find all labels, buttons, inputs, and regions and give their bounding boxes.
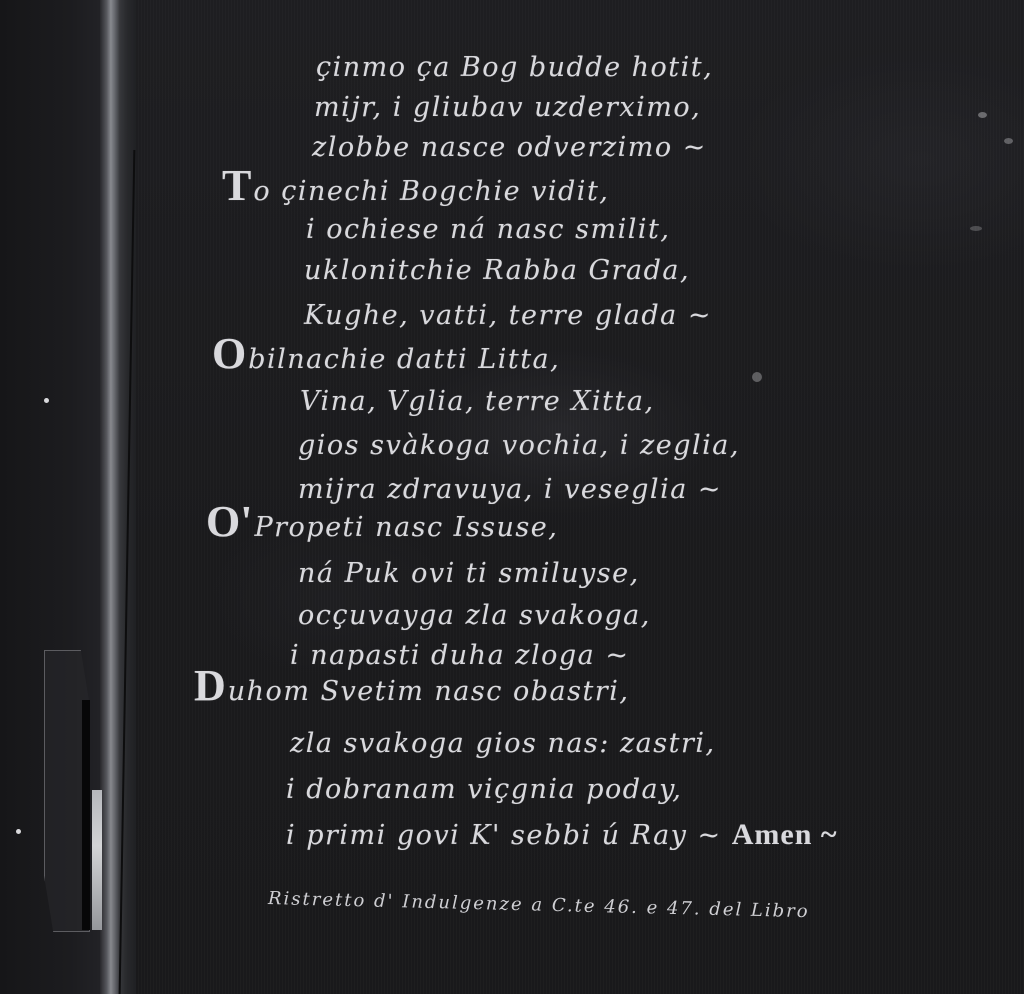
poem-line-stanza-start: To çinechi Bogchie vidit, xyxy=(222,160,609,211)
poem-line: Vina, Vglia, terre Xitta, xyxy=(300,386,655,417)
poem-line: ocçuvayga zla svakoga, xyxy=(298,600,651,631)
poem-line: mijr, i gliubav uzderximo, xyxy=(314,92,701,123)
poem-line-stanza-start: Obilnachie datti Litta, xyxy=(212,328,560,379)
poem-line: ná Puk ovi ti smiluyse, xyxy=(298,558,640,589)
poem-line: gios svàkoga vochia, i zeglia, xyxy=(298,430,740,461)
drop-initial: D xyxy=(194,661,226,710)
drop-initial: T xyxy=(222,161,251,210)
footnote-annotation: Ristretto d' Indulgenze a C.te 46. e 47.… xyxy=(268,888,810,922)
poem-line: i ochiese ná nasc smilit, xyxy=(306,214,670,245)
poem-line: i primi govi K' sebbi ú Ray ~ Amen ~ xyxy=(286,818,838,852)
poem-line-stanza-start: Duhom Svetim nasc obastri, xyxy=(194,660,629,711)
poem-line: zla svakoga gios nas: zastri, xyxy=(290,728,716,759)
closing-amen: Amen ~ xyxy=(732,818,838,851)
poem-line: çinmo ça Bog budde hotit, xyxy=(316,52,713,83)
poem-line-stanza-start: O'Propeti nasc Issuse, xyxy=(206,496,558,547)
poem-line: uklonitchie Rabba Grada, xyxy=(304,255,690,286)
poem-line: Kughe, vatti, terre glada ~ xyxy=(304,300,712,331)
manuscript-page: çinmo ça Bog budde hotit, mijr, i gliuba… xyxy=(0,0,1024,994)
poem-text-block: çinmo ça Bog budde hotit, mijr, i gliuba… xyxy=(0,0,1024,994)
drop-initial: O' xyxy=(206,497,252,546)
poem-line: i dobranam viçgnia poday, xyxy=(286,774,682,805)
poem-line: zlobbe nasce odverzimo ~ xyxy=(312,132,707,163)
drop-initial: O xyxy=(212,329,246,378)
